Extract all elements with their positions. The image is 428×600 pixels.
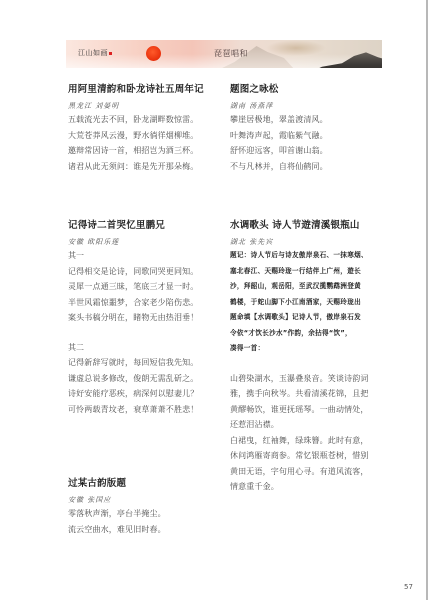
poem-line: 记得新辞写就时，每回短信我先知。 <box>68 355 198 371</box>
poem-block: 题图之咏松 湖南 汤燕萍 攀崖居极地，翠盖渡清风。 叶舞涛声起，霞临紫气融。 舒… <box>230 83 328 174</box>
poem-line: 还惹泪沾襟。 <box>230 417 380 433</box>
banner-haze <box>266 40 326 56</box>
poem-line: 流云空曲水，难见旧时春。 <box>68 522 166 538</box>
poem-line: 雅，携手向秋岑。共看清溪花锦，且把 <box>230 386 380 402</box>
poem-line: 邀辩常因诗一首，相招岂为酒三杯。 <box>68 143 204 159</box>
poem-author: 黑龙江 刘晏明 <box>68 100 204 112</box>
poem-line: 诸君从此无须问：谁是先开那朵梅。 <box>68 159 204 175</box>
poem-author: 安徽 张国应 <box>68 494 166 506</box>
poem-line: 情意重千金。 <box>230 479 380 495</box>
poem-line: 谦虚总说多修改，俊朗无需乱斫之。 <box>68 371 198 387</box>
poem-line: 叶舞涛声起，霞临紫气融。 <box>230 128 328 144</box>
preface-line: 题命填【水调歌头】记诗人节，傲岸泉石发 <box>230 310 380 326</box>
poem-section-heading: 其一 <box>68 248 198 264</box>
banner-center-title: 琵琶唱和 <box>214 48 248 59</box>
poem-line: 记得相交是论诗，同歌同哭更同知。 <box>68 264 198 280</box>
poem-block: 用阿里清韵和卧龙诗社五周年记 黑龙江 刘晏明 五载流光去不回，卧龙湖畔数惊雷。 … <box>68 83 204 174</box>
poem-line: 五载流光去不回，卧龙湖畔数惊雷。 <box>68 112 204 128</box>
preface-line: 凑得一首： <box>230 341 380 357</box>
banner-left-title-text: 江山如画 <box>78 49 108 57</box>
poem-line: 黄醪畅饮，谁更抚瑶琴。一曲动情处， <box>230 402 380 418</box>
poem-line: 休问鸿雁寄商参。常忆银瓶苍树，惜别 <box>230 448 380 464</box>
poem-title: 记得诗二首哭忆里鹏兄 <box>68 219 198 233</box>
red-seal-icon <box>109 52 112 55</box>
spacer <box>68 326 198 340</box>
poem-block: 记得诗二首哭忆里鹏兄 安徽 欧阳乐莲 其一 记得相交是论诗，同歌同哭更同知。 灵… <box>68 219 198 417</box>
poem-line: 可怜两载青坟老，衰草萧萧不胜悲！ <box>68 402 198 418</box>
preface-line: 沙，拜韶山，观岳阳，至武汉揽鹦鹉洲登黄 <box>230 279 380 295</box>
header-banner: 江山如画 琵琶唱和 <box>66 40 382 68</box>
poem-line: 大荒苍莽风云漫，野水徜徉烟柳堆。 <box>68 128 204 144</box>
poem-line: 舒怀迎远客，叩首谢山翁。 <box>230 143 328 159</box>
poem-line: 不与凡林并，自将仙鹤同。 <box>230 159 328 175</box>
poem-author: 湖北 张先宾 <box>230 236 380 248</box>
poem-block: 过某古韵版题 安徽 张国应 零落秋声渐，亭台半掩尘。 流云空曲水，难见旧时春。 <box>68 477 166 537</box>
poem-line: 案头书稿分明在，睹物无由热泪垂！ <box>68 310 198 326</box>
poem-line: 攀崖居极地，翠盖渡清风。 <box>230 112 328 128</box>
poem-line: 黄田无语，字句用心寻。有道风流客， <box>230 464 380 480</box>
poem-title: 题图之咏松 <box>230 83 328 97</box>
poem-line: 零落秋声渐，亭台半掩尘。 <box>68 506 166 522</box>
page-number: 57 <box>404 583 413 591</box>
poem-title: 水调歌头 诗人节遊清溪银瓶山 <box>230 219 380 233</box>
poem-section-heading: 其二 <box>68 340 198 356</box>
poem-author: 安徽 欧阳乐莲 <box>68 236 198 248</box>
preface-line: 塞北春江、天赐玲珑一行结伴上广州，遊长 <box>230 264 380 280</box>
poem-line: 灵犀一点通三昧，笔底三才显一时。 <box>68 279 198 295</box>
poem-block: 水调歌头 诗人节遊清溪银瓶山 湖北 张先宾 题记：诗人节后与诗友傲岸泉石、一抹寒… <box>230 219 380 495</box>
banner-left-title: 江山如画 <box>78 48 112 58</box>
red-sun-icon <box>146 46 161 61</box>
preface-line: 令依“才饮长沙水”作韵，余拈得“饮”， <box>230 326 380 342</box>
poem-line: 山碧染湖水，玉瀑叠泉音。笑谈诗韵词 <box>230 371 380 387</box>
poem-line: 白裙曳，红袖舞，绿珠簪。此时有意， <box>230 433 380 449</box>
poem-author: 湖南 汤燕萍 <box>230 100 328 112</box>
poem-line: 诗好安能疗恶疾，病深何以慰妻儿？ <box>68 386 198 402</box>
preface-line: 题记：诗人节后与诗友傲岸泉石、一抹寒烟、 <box>230 248 380 264</box>
preface-line: 鹤楼，于蛇山脚下小江南酒家，天赐玲珑出 <box>230 295 380 311</box>
spacer <box>230 357 380 371</box>
poem-title: 用阿里清韵和卧龙诗社五周年记 <box>68 83 204 97</box>
poem-title: 过某古韵版题 <box>68 477 166 491</box>
poem-line: 半世风霜惊噩梦，合家老少陷伤悲。 <box>68 295 198 311</box>
